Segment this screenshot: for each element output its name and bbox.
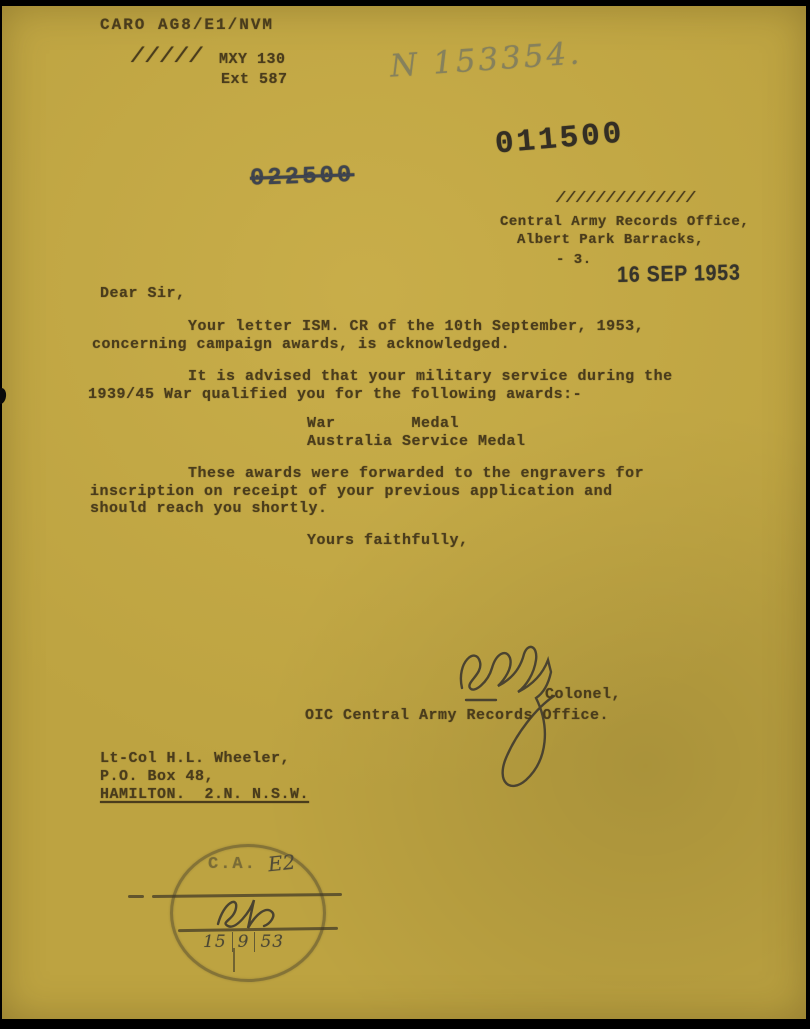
body-line: Your letter ISM. CR of the 10th Septembe…	[188, 318, 644, 335]
file-reference: CARO AG8/E1/NVM	[100, 16, 274, 34]
telephone-exchange: MXY 130	[219, 51, 286, 68]
stamp-date: 15953	[203, 932, 284, 952]
sender-slashes: //////////////	[556, 190, 696, 207]
sender-district: - 3.	[556, 252, 592, 268]
header-slashes: /////	[131, 46, 204, 69]
body-line: These awards were forwarded to the engra…	[188, 465, 644, 482]
stamp-initials-scribble	[212, 894, 282, 934]
received-date-stamp: 16 SEP 1953	[617, 260, 741, 288]
stamp-tick	[233, 948, 235, 972]
closing-line: Yours faithfully,	[307, 532, 469, 549]
round-stamp-office: C.A.	[208, 855, 257, 874]
round-stamp-annotation: E2	[267, 850, 297, 877]
stamp-date-day: 15	[203, 932, 227, 952]
stamp-date-sep: 9	[232, 932, 256, 952]
award-line: War Medal	[307, 415, 459, 432]
body-line: It is advised that your military service…	[188, 368, 673, 385]
recipient-city: HAMILTON. 2.N. N.S.W.	[100, 786, 309, 803]
stamp-date-year: 53	[260, 932, 284, 952]
body-line: 1939/45 War qualified you for the follow…	[88, 386, 582, 403]
body-line: inscription on receipt of your previous …	[90, 483, 613, 500]
body-line: concerning campaign awards, is acknowled…	[92, 336, 510, 353]
scanned-letter: CARO AG8/E1/NVM ///// MXY 130 Ext 587 N …	[0, 0, 810, 1029]
sender-barracks: Albert Park Barracks,	[517, 232, 704, 248]
sender-office: Central Army Records Office,	[500, 214, 749, 230]
stamp-rule	[128, 895, 144, 898]
salutation: Dear Sir,	[100, 285, 186, 302]
telephone-extension: Ext 587	[221, 71, 288, 88]
signature-rank: Colonel,	[545, 686, 621, 703]
recipient-name: Lt-Col H.L. Wheeler,	[100, 750, 290, 767]
signature-office: OIC Central Army Records Office.	[305, 707, 609, 724]
struck-out-serial-number: 022500	[250, 162, 355, 193]
stamp-date-month: 9	[238, 932, 250, 952]
recipient-po-box: P.O. Box 48,	[100, 768, 214, 785]
body-line: should reach you shortly.	[90, 500, 328, 517]
award-line: Australia Service Medal	[307, 433, 526, 450]
